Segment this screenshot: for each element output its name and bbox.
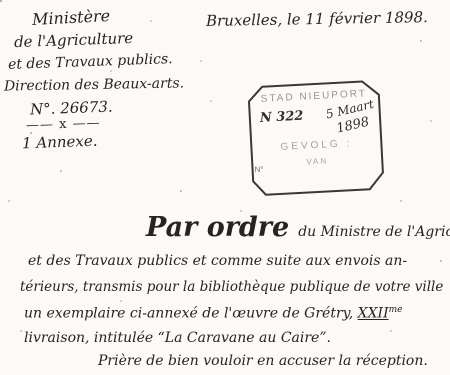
body-line-4: un exemplaire ci-annexé de l'œuvre de Gr…: [24, 305, 402, 322]
stamp-corner-number: N°: [254, 165, 263, 174]
body-opening: Par ordre: [146, 212, 289, 243]
receipt-stamp: STAD NIEUPORT N 322 5 Maart 1898 GEVOLG …: [246, 79, 386, 198]
body-line-2: et des Travaux publics et comme suite au…: [28, 253, 407, 269]
letterhead-line: et des Travaux publics.: [8, 51, 173, 73]
body-line-3: térieurs, transmis pour la bibliothèque …: [20, 279, 443, 295]
body-line-4-text: un exemplaire ci-annexé de l'œuvre de Gr…: [24, 306, 358, 322]
body-line-5: livraison, intitulée “La Caravane au Cai…: [24, 330, 331, 346]
letterhead-direction: Direction des Beaux-arts.: [4, 75, 184, 94]
annex-note: 1 Annexe.: [22, 132, 98, 153]
livraison-numeral: XXII: [358, 306, 389, 322]
body-line-1: Par ordre du Ministre de l'Agriculture: [146, 212, 450, 243]
letterhead-line: de l'Agriculture: [14, 29, 134, 51]
body-closing: Prière de bien vouloir en accuser la réc…: [98, 353, 428, 369]
body-line-1-rest: du Ministre de l'Agriculture: [298, 224, 450, 240]
scan-noise: [0, 0, 2, 2]
ornament-divider: —— x ——: [26, 116, 101, 134]
dateline: Bruxelles, le 11 février 1898.: [206, 8, 428, 30]
reference-number: N°. 26673.: [30, 98, 113, 119]
livraison-numeral-suffix: me: [389, 305, 403, 315]
stamp-entry-number: N 322: [260, 109, 304, 126]
scanned-letter: Ministère de l'Agriculture et des Travau…: [0, 0, 450, 375]
letterhead-ministry: Ministère: [32, 6, 111, 29]
